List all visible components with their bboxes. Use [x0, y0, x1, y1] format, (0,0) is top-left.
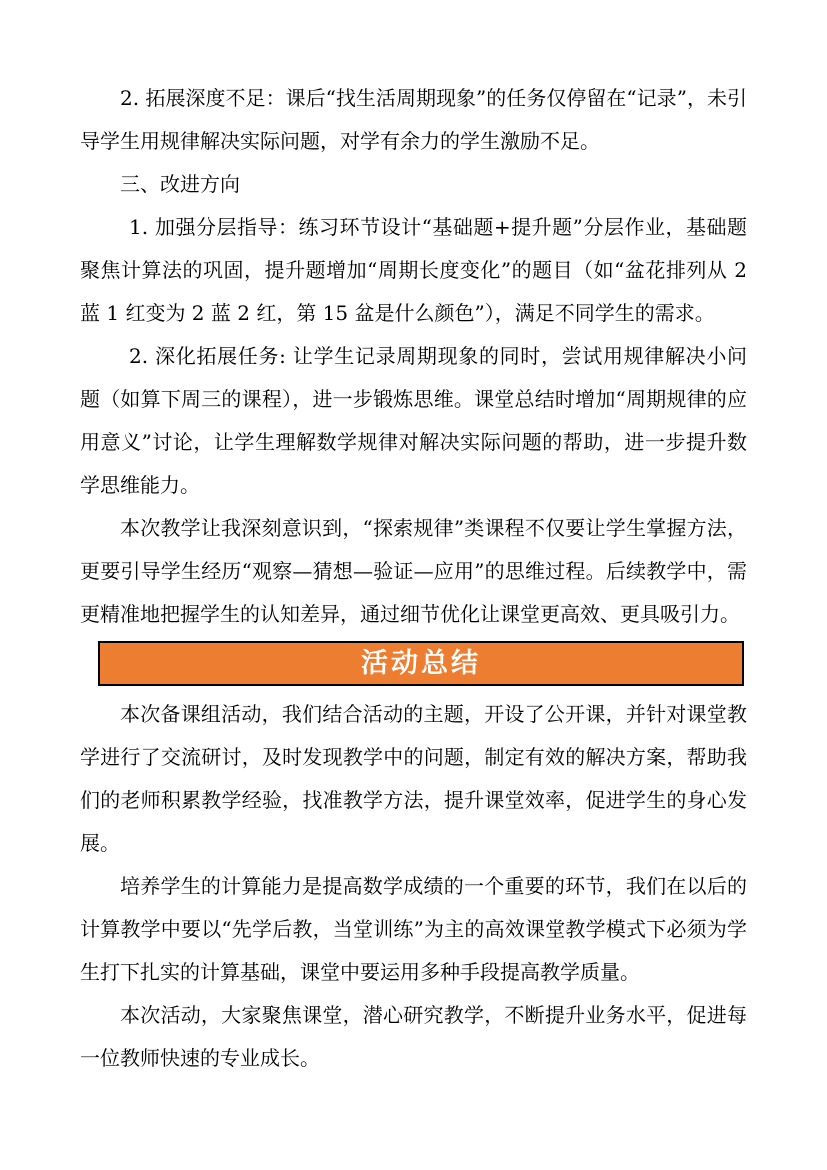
list-item-deepen-expansion-tasks: 2. 深化拓展任务: 让学生记录周期现象的同时，尝试用规律解决小问题（如算下周三…	[80, 335, 747, 507]
activity-summary-banner-label: 活动总结	[361, 642, 481, 685]
paragraph-group-activity-overview: 本次备课组活动，我们结合活动的主题，开设了公开课，并针对课堂教学进行了交流研讨，…	[80, 693, 747, 865]
document-body: 2. 拓展深度不足：课后“找生活周期现象”的任务仅停留在“记录”，未引导学生用规…	[0, 0, 827, 1080]
paragraph-closing-remarks: 本次活动，大家聚焦课堂，潜心研究教学，不断提升业务水平，促进每一位教师快速的专业…	[80, 994, 747, 1080]
paragraph-teaching-reflection: 本次教学让我深刻意识到，“探索规律”类课程不仅要让学生掌握方法，更要引导学生经历…	[80, 507, 747, 636]
list-item-layered-guidance: 1. 加强分层指导：练习环节设计“基础题+提升题”分层作业，基础题聚焦计算法的巩…	[80, 206, 747, 335]
section-heading-improvement-direction: 三、改进方向	[80, 163, 747, 206]
paragraph-expansion-shortcoming: 2. 拓展深度不足：课后“找生活周期现象”的任务仅停留在“记录”，未引导学生用规…	[80, 77, 747, 163]
document-page: 2. 拓展深度不足：课后“找生活周期现象”的任务仅停留在“记录”，未引导学生用规…	[0, 0, 827, 1170]
paragraph-calculation-ability: 培养学生的计算能力是提高数学成绩的一个重要的环节，我们在以后的计算教学中要以“先…	[80, 865, 747, 994]
activity-summary-banner: 活动总结	[98, 641, 744, 686]
